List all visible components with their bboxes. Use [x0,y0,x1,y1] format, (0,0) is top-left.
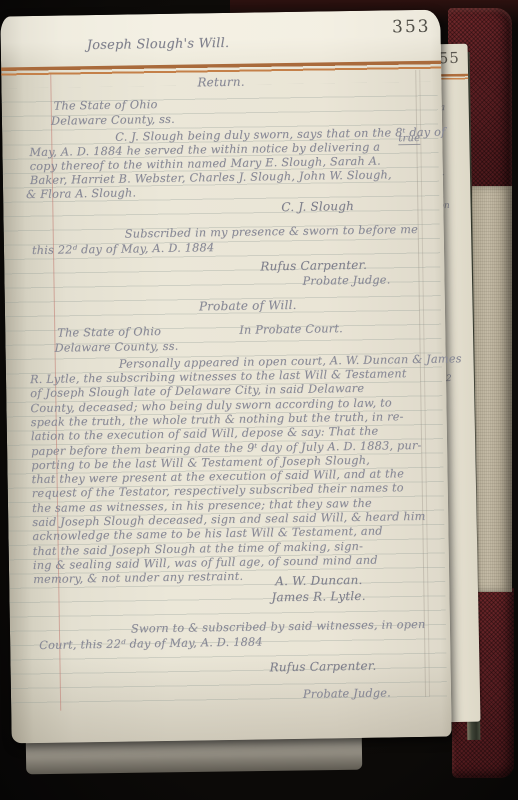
ledger-page: 353 Joseph Slough's Will. Return. The St… [0,10,451,744]
venue-state: The State of Ohio [54,98,158,113]
judge-title: Probate Judge. [303,686,391,700]
ledger-book-photo: 55 f a a- m on 2 353 Joseph Slough's Wil… [0,0,518,800]
behind-page-number: 55 [439,49,460,67]
venue-county: Delaware County, ss. [54,340,178,355]
judge-title: Probate Judge. [302,273,390,287]
judge-signature: Rufus Carpenter. [269,659,376,675]
probate-heading: Probate of Will. [199,298,297,314]
return-body-line: & Flora A. Slough. [26,186,136,201]
behind-page-text-fragment: 2 [446,374,452,384]
witness-signature: A. W. Duncan. [275,573,362,588]
page-number: 353 [392,17,431,38]
return-heading: Return. [197,75,245,90]
inserted-word: true [398,133,420,145]
court-label: In Probate Court. [239,322,343,337]
affiant-signature: C. J. Slough [281,199,354,214]
witness-signature: James R. Lytle. [271,589,365,604]
page-title: Joseph Slough's Will. [87,36,230,53]
book-cloth-strip [472,186,512,592]
judge-signature: Rufus Carpenter. [260,258,367,274]
venue-county: Delaware County, ss. [51,113,175,128]
venue-state: The State of Ohio [57,325,161,340]
